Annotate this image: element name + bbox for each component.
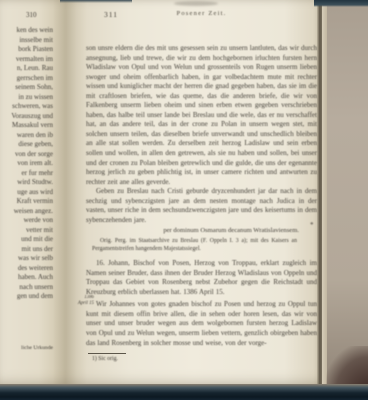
- text-line-fragment: wird Studtw.: [0, 178, 53, 188]
- text-line-fragment: er fur mehr: [0, 169, 53, 179]
- entry-16-regest: 16. Johann, Bischof von Posen, Herzog vo…: [86, 259, 317, 297]
- scan-smudge: [174, 1, 218, 6]
- text-line-fragment: insselbe mit: [0, 36, 53, 46]
- text-line-fragment: gen und dem: [0, 292, 53, 302]
- margin-date-day: April 15: [68, 301, 94, 307]
- binding-gutter-shadow: [53, 0, 87, 389]
- text-line-fragment: vetter mit: [0, 226, 53, 236]
- charter-text-continuation: son unsre eldern die des mit uns gesesse…: [86, 44, 317, 187]
- text-line-fragment: gerrschen im: [0, 74, 53, 84]
- entry-16-footnote: 1) Sic orig.: [92, 356, 317, 363]
- text-line-fragment: ken des wein: [0, 26, 53, 36]
- text-line-fragment: schweren, was: [0, 102, 53, 112]
- page-header: 311 Posener Zeit.: [86, 26, 317, 42]
- text-line-fragment: weisen angez.: [0, 207, 53, 217]
- text-line-fragment: seinem Sohn,: [0, 83, 53, 93]
- left-page-footnote-fragment: liche Urkunde: [0, 345, 53, 351]
- text-line-fragment: von der sorge: [0, 150, 53, 160]
- text-line-fragment: mit uns der: [0, 245, 53, 255]
- text-line-fragment: werde von: [0, 216, 53, 226]
- left-page-number: 310: [26, 11, 37, 19]
- text-line-fragment: bork Piasten: [0, 45, 53, 55]
- text-line-fragment: n, Leun. Rau: [0, 64, 53, 74]
- text-line-fragment: vermalten im: [0, 55, 53, 65]
- text-line-fragment: von irem alt.: [0, 159, 53, 169]
- text-line-fragment: nach unsern: [0, 283, 53, 293]
- top-edge-shadow: [60, 0, 132, 3]
- margin-date: 1386 April 15: [68, 295, 94, 308]
- text-line-fragment: diese geben,: [0, 140, 53, 150]
- text-line-fragment: Massakul vern: [0, 121, 53, 131]
- text-line-fragment: uge aus wird: [0, 188, 53, 198]
- text-line-fragment: was wir selb: [0, 254, 53, 264]
- table-background: [327, 0, 368, 400]
- running-head: Posener Zeit.: [86, 10, 317, 17]
- text-line-fragment: Vorauszug und: [0, 112, 53, 122]
- text-line-fragment: in zu wissen: [0, 93, 53, 103]
- collation-asterisk: *: [310, 221, 314, 229]
- bottom-cover-band: [0, 384, 368, 400]
- text-line-fragment: haben. Auch: [0, 273, 53, 283]
- fore-edge-pages: [322, 6, 327, 384]
- left-page-text-fragments: ken des weininsselbe mitbork Piastenverm…: [0, 26, 53, 302]
- dating-clause: Geben zu Breslau nach Cristi geburde dry…: [86, 187, 317, 225]
- text-line-fragment: und mit die: [0, 235, 53, 245]
- top-right-cover-band: [314, 0, 368, 7]
- right-page-text-column: 311 Posener Zeit. son unsre eldern die d…: [86, 26, 317, 364]
- text-line-fragment: waren den ib: [0, 131, 53, 141]
- footnote-separator-rule: [88, 353, 126, 354]
- text-line-fragment: Kraft vermin: [0, 197, 53, 207]
- book-scan-photo: 310 ken des weininsselbe mitbork Piasten…: [0, 0, 368, 400]
- chancery-note: per dominum Osmarum decanum Wratislavien…: [86, 226, 317, 235]
- archive-provenance-note: Orig. Perg. im Staatsarchive zu Breslau …: [92, 238, 297, 253]
- entry-16-charter-body: Wir Johannes von gotes gnaden bischof zu…: [86, 300, 317, 348]
- text-line-fragment: des weiteren: [0, 264, 53, 274]
